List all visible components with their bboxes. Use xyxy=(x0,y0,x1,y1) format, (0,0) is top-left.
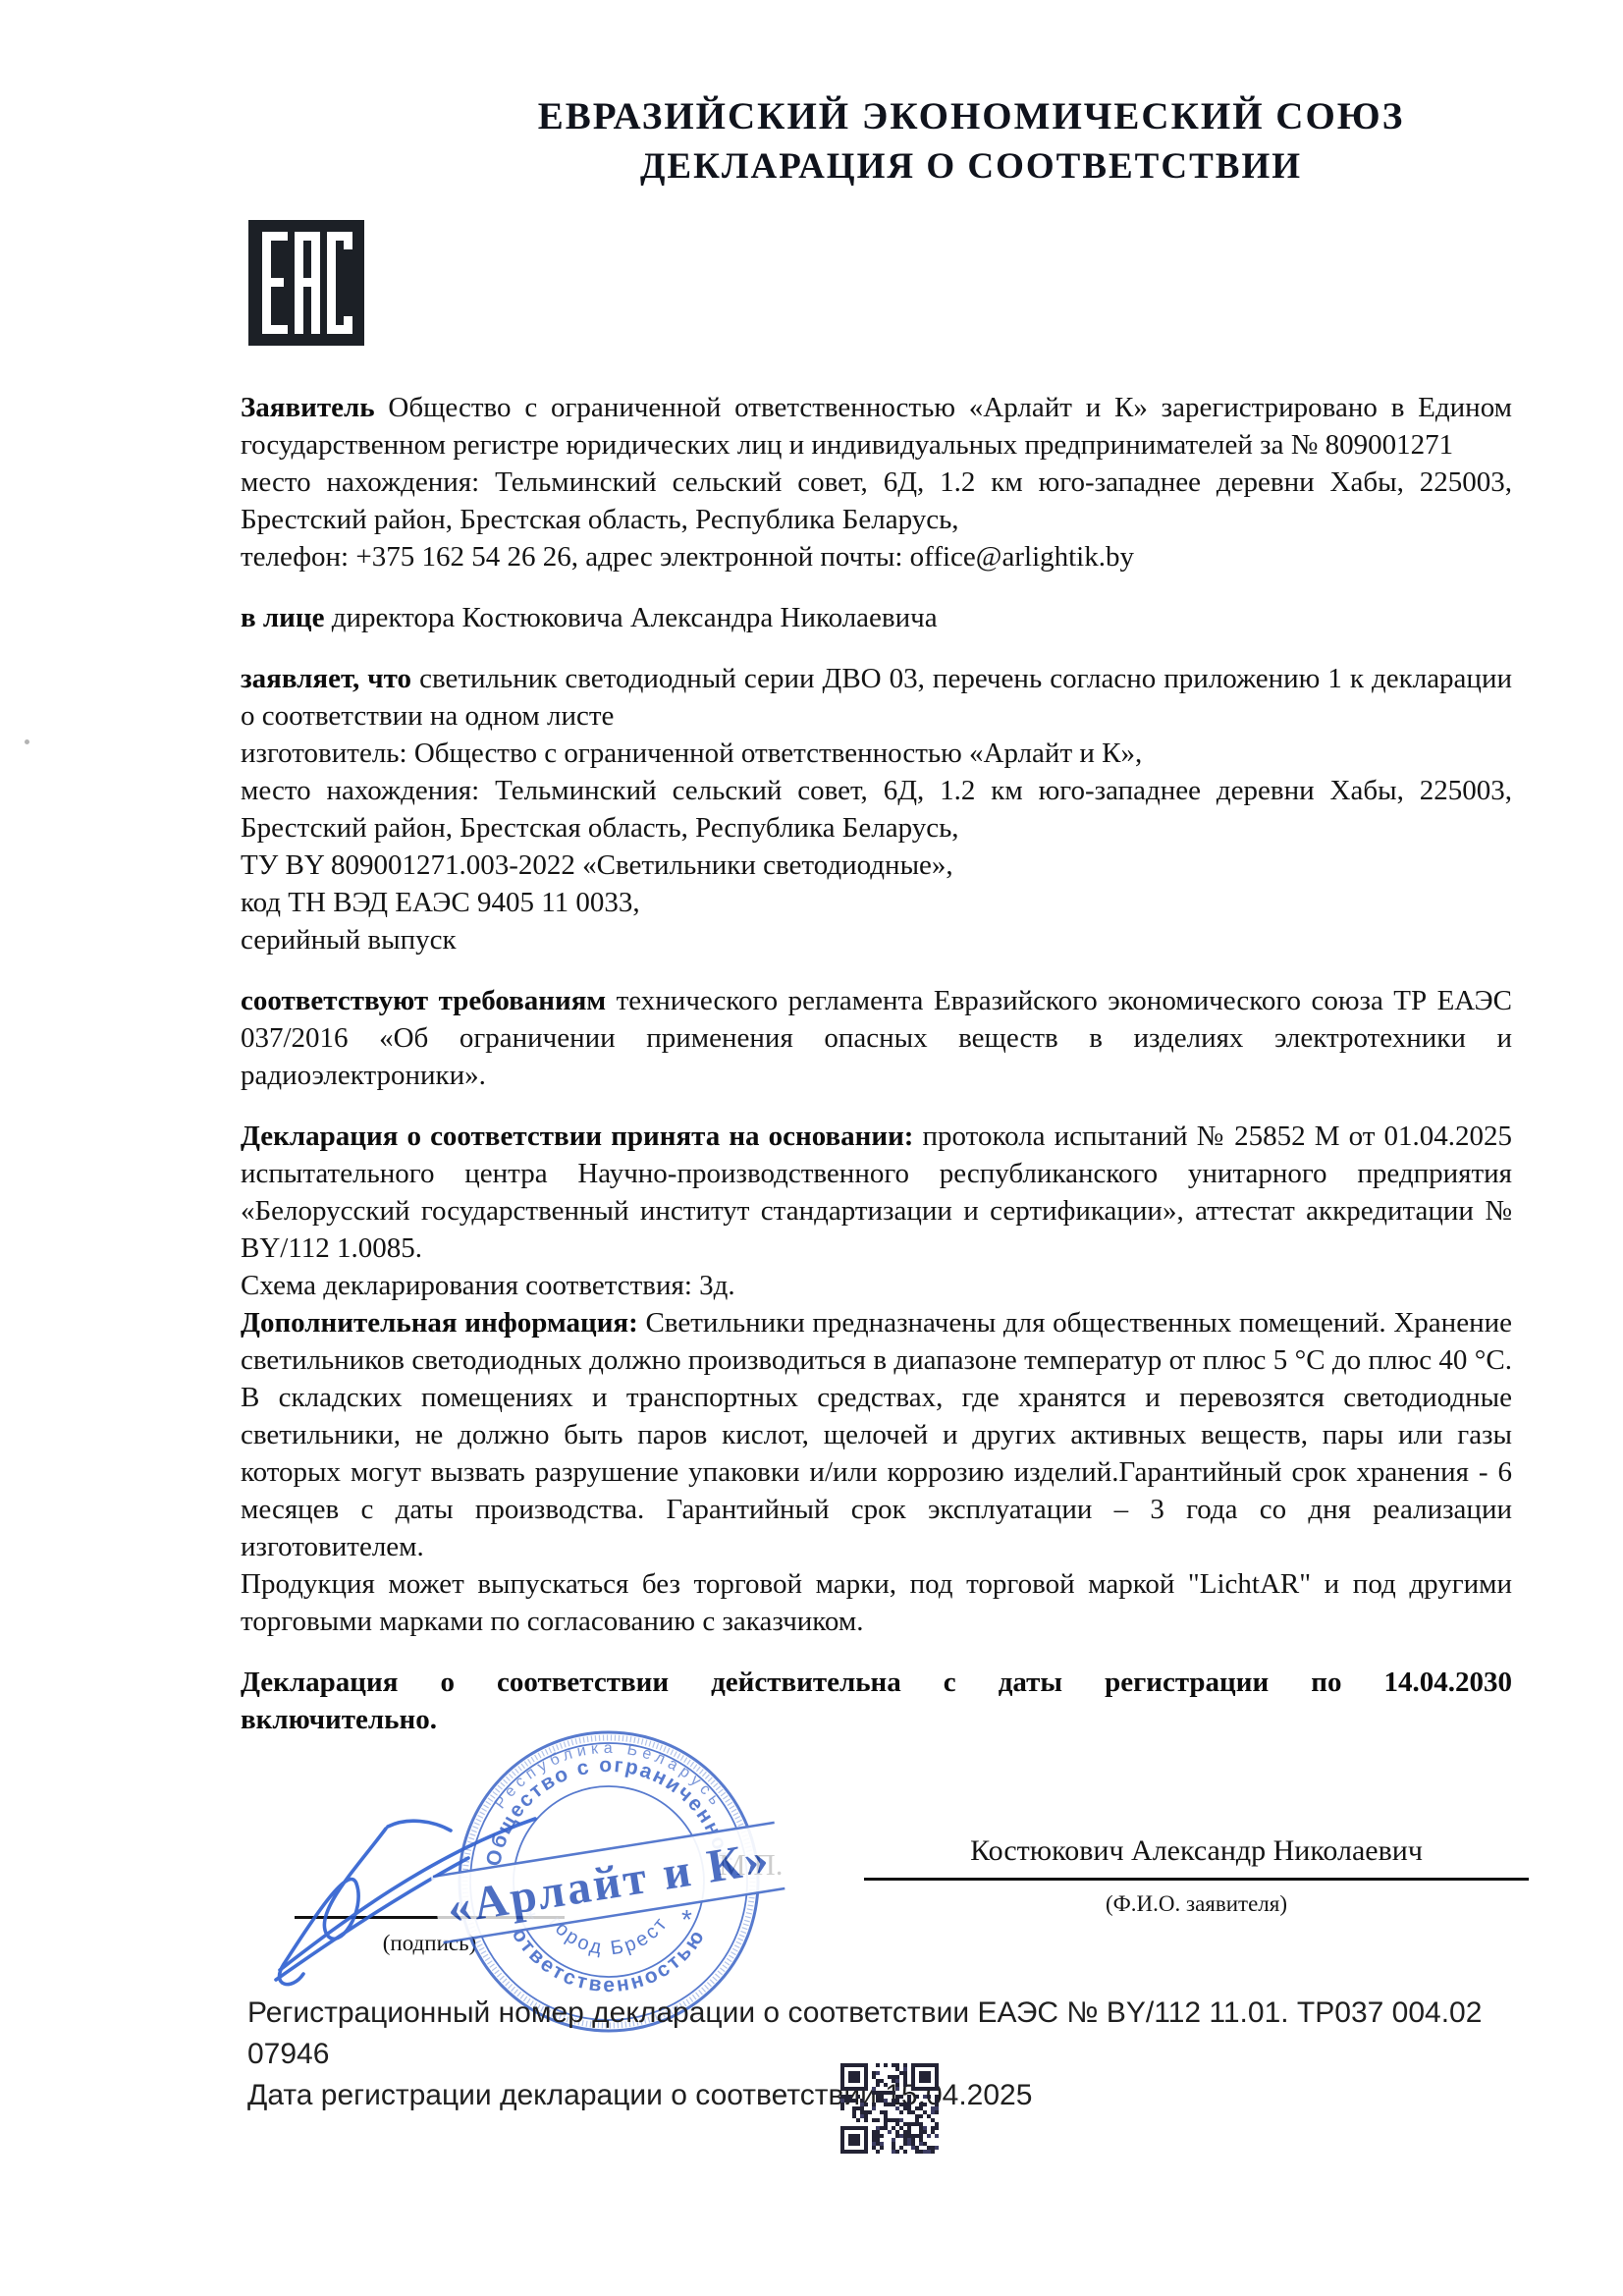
paragraph: заявляет, что светильник светодиодный се… xyxy=(241,660,1512,958)
text-line: телефон: +375 162 54 26 26, адрес электр… xyxy=(241,538,1512,575)
text-line: Схема декларирования соответствия: 3д. xyxy=(241,1267,1512,1304)
declarant-caption: (Ф.И.О. заявителя) xyxy=(864,1886,1529,1923)
qr-code-image xyxy=(840,2063,939,2154)
text-line: Продукция может выпускаться без торговой… xyxy=(241,1565,1512,1640)
signature-area: Костюкович Александр Николаевич (Ф.И.О. … xyxy=(241,1768,1512,1979)
stamp-company-form-top-text: Общество с ограниченной xyxy=(482,1754,735,1868)
text-line: в лице директора Костюковича Александра … xyxy=(241,599,1512,636)
svg-text:Республика Беларусь: Республика Беларусь xyxy=(492,1740,726,1812)
qr-code xyxy=(840,2063,939,2154)
text-line: код ТН ВЭД ЕАЭС 9405 11 0033, xyxy=(241,884,1512,921)
paragraph: соответствуют требованиям технического р… xyxy=(241,982,1512,1094)
registration-footer: Регистрационный номер декларации о соотв… xyxy=(247,1993,1512,2159)
paragraph: Дополнительная информация: Светильники п… xyxy=(241,1304,1512,1640)
text-line: изготовитель: Общество с ограниченной от… xyxy=(241,735,1512,772)
document-title: ДЕКЛАРАЦИЯ О СООТВЕТСТВИИ xyxy=(373,145,1569,188)
text-line: Декларация о соответствии принята на осн… xyxy=(241,1118,1512,1267)
declaration-document: ЕВРАЗИЙСКИЙ ЭКОНОМИЧЕСКИЙ СОЮЗ ДЕКЛАРАЦИ… xyxy=(0,0,1623,2296)
stamp-country-text: Республика Беларусь xyxy=(492,1740,726,1812)
stamp-place-label: М.П. xyxy=(719,1846,783,1884)
stamp-asterisk-right: * xyxy=(681,1904,692,1935)
text-line: включительно. xyxy=(241,1701,1512,1738)
text-line: заявляет, что светильник светодиодный се… xyxy=(241,660,1512,735)
text-line: Дополнительная информация: Светильники п… xyxy=(241,1304,1512,1565)
signature-line xyxy=(295,1916,565,1919)
signature-caption: (подпись) xyxy=(295,1925,565,1962)
eac-mark-icon xyxy=(248,220,364,346)
paragraph: в лице директора Костюковича Александра … xyxy=(241,599,1512,636)
text-line: место нахождения: Тельминский сельский с… xyxy=(241,464,1512,538)
document-content: Заявитель Общество с ограниченной ответс… xyxy=(241,389,1512,2159)
handwritten-signature xyxy=(241,1777,594,2003)
svg-text:Общество с ограниченной: Общество с ограниченной xyxy=(482,1754,735,1868)
text-line: Декларация о соответствии действительна … xyxy=(241,1664,1512,1701)
declarant-name: Костюкович Александр Николаевич xyxy=(864,1832,1529,1870)
declarant-signature-line xyxy=(864,1878,1529,1881)
paragraph: Заявитель Общество с ограниченной ответс… xyxy=(241,389,1512,575)
paragraph: Декларация о соответствии действительна … xyxy=(241,1664,1512,1738)
eac-logo xyxy=(248,220,364,346)
text-line: серийный выпуск xyxy=(241,921,1512,958)
text-line: Заявитель Общество с ограниченной ответс… xyxy=(241,389,1512,464)
text-line: место нахождения: Тельминский сельский с… xyxy=(241,772,1512,847)
document-paragraphs: Заявитель Общество с ограниченной ответс… xyxy=(241,389,1512,1738)
text-line: соответствуют требованиям технического р… xyxy=(241,982,1512,1094)
paragraph: Декларация о соответствии принята на осн… xyxy=(241,1118,1512,1304)
scan-artifact-dot xyxy=(25,739,29,744)
union-title: ЕВРАЗИЙСКИЙ ЭКОНОМИЧЕСКИЙ СОЮЗ xyxy=(373,94,1569,138)
text-line: ТУ BY 809001271.003-2022 «Светильники св… xyxy=(241,847,1512,884)
